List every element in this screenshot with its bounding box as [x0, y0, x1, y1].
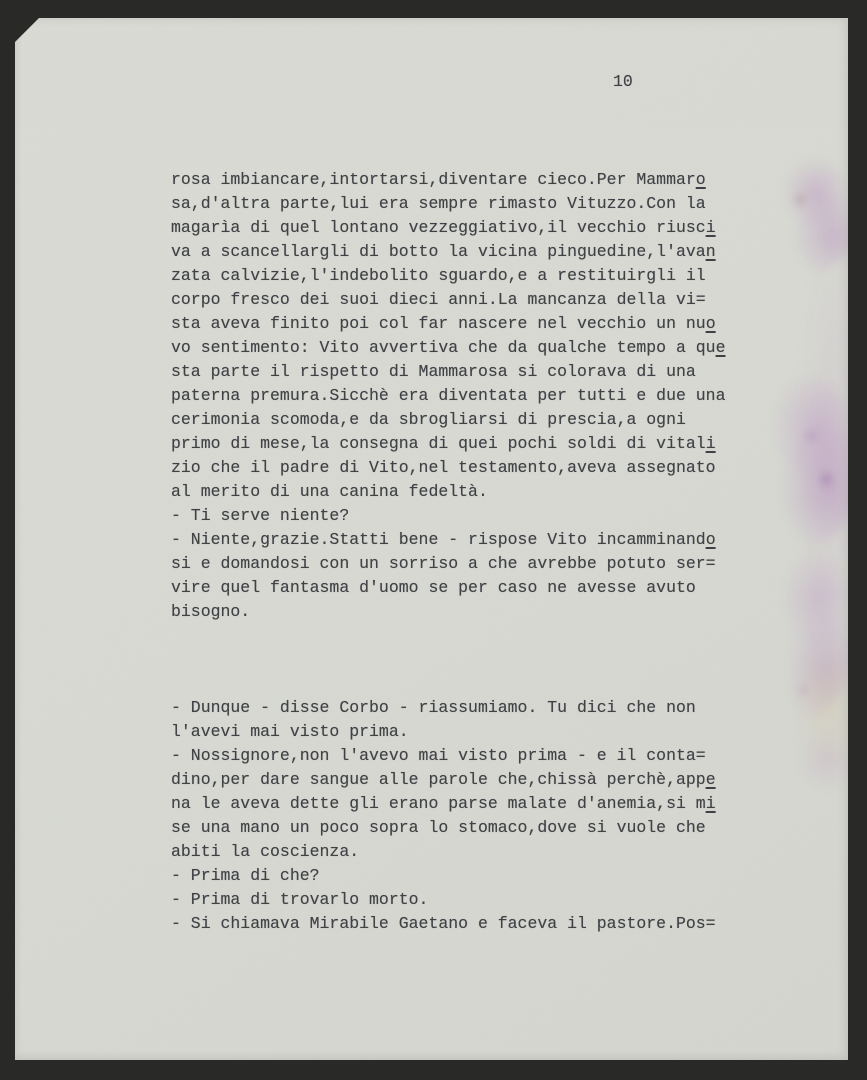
- text-line: - Si chiamava Mirabile Gaetano e faceva …: [171, 912, 726, 936]
- text-line-content: - Dunque - disse Corbo - riassumiamo. Tu…: [171, 698, 696, 717]
- ink-stain-lower: [758, 550, 858, 715]
- text-line: - Dunque - disse Corbo - riassumiamo. Tu…: [171, 696, 726, 720]
- text-line: sta aveva finito poi col far nascere nel…: [171, 312, 726, 336]
- text-line: corpo fresco dei suoi dieci anni.La manc…: [171, 288, 726, 312]
- text-line-content: dino,per dare sangue alle parole che,chi…: [171, 770, 706, 789]
- text-line: abiti la coscienza.: [171, 840, 726, 864]
- text-line-content: sta parte il rispetto di Mammarosa si co…: [171, 362, 696, 381]
- text-line: - Ti serve niente?: [171, 504, 726, 528]
- text-line: al merito di una canina fedeltà.: [171, 480, 726, 504]
- text-line-content: si e domandosi con un sorriso a che avre…: [171, 554, 716, 573]
- underlined-char: e: [706, 770, 716, 789]
- text-line-content: - Ti serve niente?: [171, 506, 349, 525]
- ink-stain-middle: [746, 376, 864, 548]
- underlined-char: o: [706, 530, 716, 549]
- page-number: 10: [613, 70, 633, 94]
- typewritten-text-block: rosa imbiancare,intortarsi,diventare cie…: [171, 168, 726, 936]
- text-line: zio che il padre di Vito,nel testamento,…: [171, 456, 726, 480]
- text-line: paterna premura.Sicchè era diventata per…: [171, 384, 726, 408]
- underlined-char: e: [716, 338, 726, 357]
- text-line: - Prima di trovarlo morto.: [171, 888, 726, 912]
- text-line-content: zata calvizie,l'indebolito sguardo,e a r…: [171, 266, 706, 285]
- text-line: si e domandosi con un sorriso a che avre…: [171, 552, 726, 576]
- paragraph: rosa imbiancare,intortarsi,diventare cie…: [171, 168, 726, 624]
- text-line-content: se una mano un poco sopra lo stomaco,dov…: [171, 818, 706, 837]
- underlined-char: o: [706, 314, 716, 333]
- text-line: - Prima di che?: [171, 864, 726, 888]
- text-line: rosa imbiancare,intortarsi,diventare cie…: [171, 168, 726, 192]
- text-line-content: corpo fresco dei suoi dieci anni.La manc…: [171, 290, 706, 309]
- text-line-content: zio che il padre di Vito,nel testamento,…: [171, 458, 716, 477]
- text-line: sta parte il rispetto di Mammarosa si co…: [171, 360, 726, 384]
- text-line-content: vire quel fantasma d'uomo se per caso ne…: [171, 578, 696, 597]
- text-line: vire quel fantasma d'uomo se per caso ne…: [171, 576, 726, 600]
- text-line-content: - Prima di che?: [171, 866, 320, 885]
- scan-background: 10 rosa imbiancare,intortarsi,diventare …: [0, 0, 867, 1080]
- paper-discoloration: [772, 618, 852, 788]
- text-line-content: magarìa di quel lontano vezzeggiativo,il…: [171, 218, 706, 237]
- text-line-content: l'avevi mai visto prima.: [171, 722, 409, 741]
- underlined-char: n: [706, 242, 716, 261]
- text-line: na le aveva dette gli erano parse malate…: [171, 792, 726, 816]
- underlined-char: i: [706, 434, 716, 453]
- text-line: primo di mese,la consegna di quei pochi …: [171, 432, 726, 456]
- text-line-content: - Niente,grazie.Statti bene - rispose Vi…: [171, 530, 706, 549]
- text-line: cerimonia scomoda,e da sbrogliarsi di pr…: [171, 408, 726, 432]
- text-line-content: rosa imbiancare,intortarsi,diventare cie…: [171, 170, 696, 189]
- underlined-char: i: [706, 218, 716, 237]
- text-line-content: va a scancellargli di botto la vicina pi…: [171, 242, 706, 261]
- ink-stain-edge-tint: [784, 138, 856, 748]
- text-line-content: primo di mese,la consegna di quei pochi …: [171, 434, 706, 453]
- text-line-content: - Prima di trovarlo morto.: [171, 890, 428, 909]
- text-line-content: vo sentimento: Vito avvertiva che da qua…: [171, 338, 716, 357]
- text-line: dino,per dare sangue alle parole che,chi…: [171, 768, 726, 792]
- text-line: - Nossignore,non l'avevo mai visto prima…: [171, 744, 726, 768]
- text-line-content: - Si chiamava Mirabile Gaetano e faceva …: [171, 914, 716, 933]
- ink-stain-top: [762, 152, 862, 272]
- text-line-content: al merito di una canina fedeltà.: [171, 482, 488, 501]
- text-line: vo sentimento: Vito avvertiva che da qua…: [171, 336, 726, 360]
- text-line-content: bisogno.: [171, 602, 250, 621]
- text-line: l'avevi mai visto prima.: [171, 720, 726, 744]
- text-line: bisogno.: [171, 600, 726, 624]
- text-line: va a scancellargli di botto la vicina pi…: [171, 240, 726, 264]
- text-line: sa,d'altra parte,lui era sempre rimasto …: [171, 192, 726, 216]
- text-line-content: - Nossignore,non l'avevo mai visto prima…: [171, 746, 706, 765]
- document-page: 10 rosa imbiancare,intortarsi,diventare …: [15, 18, 848, 1060]
- text-line: se una mano un poco sopra lo stomaco,dov…: [171, 816, 726, 840]
- text-line-content: cerimonia scomoda,e da sbrogliarsi di pr…: [171, 410, 686, 429]
- text-line-content: sta aveva finito poi col far nascere nel…: [171, 314, 706, 333]
- text-line-content: abiti la coscienza.: [171, 842, 359, 861]
- text-line-content: paterna premura.Sicchè era diventata per…: [171, 386, 726, 405]
- text-line: zata calvizie,l'indebolito sguardo,e a r…: [171, 264, 726, 288]
- text-line: magarìa di quel lontano vezzeggiativo,il…: [171, 216, 726, 240]
- text-line: - Niente,grazie.Statti bene - rispose Vi…: [171, 528, 726, 552]
- paragraph: - Dunque - disse Corbo - riassumiamo. Tu…: [171, 696, 726, 936]
- ink-stain-faint: [780, 718, 854, 804]
- underlined-char: i: [706, 794, 716, 813]
- text-line-content: na le aveva dette gli erano parse malate…: [171, 794, 706, 813]
- underlined-char: o: [696, 170, 706, 189]
- text-line-content: sa,d'altra parte,lui era sempre rimasto …: [171, 194, 706, 213]
